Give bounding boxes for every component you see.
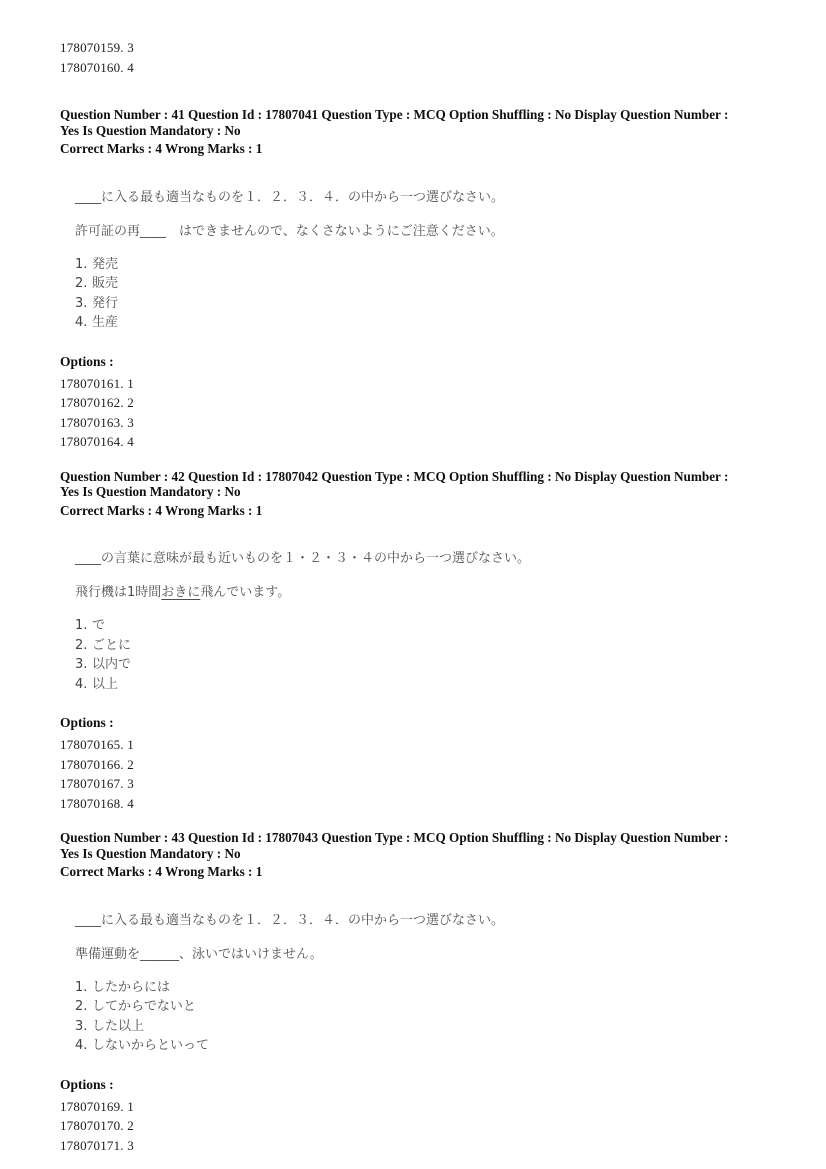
choice-label: した以上 [92, 1019, 144, 1034]
choice-number: 3. [75, 294, 92, 314]
question-block-43: Question Number : 43 Question Id : 17807… [60, 830, 766, 1155]
choice-number: 1. [75, 978, 92, 998]
choice-label: 以上 [92, 677, 118, 692]
choice-item: 1.したからには [75, 978, 766, 998]
choice-item: 2.してからでないと [75, 997, 766, 1017]
option-id-line: 178070164. 4 [60, 432, 766, 452]
sentence-post: はできませんので、なくさないようにご注意ください。 [166, 224, 504, 239]
choice-number: 3. [75, 1017, 92, 1037]
choice-list: 1.発売 2.販売 3.発行 4.生産 [60, 255, 766, 333]
choice-item: 3.発行 [75, 294, 766, 314]
choice-label: してからでないと [92, 999, 196, 1014]
sentence-line: 許可証の再____ はできませんので、なくさないようにご注意ください。 [60, 220, 766, 239]
option-id-line: 178070162. 2 [60, 393, 766, 413]
choice-number: 1. [75, 255, 92, 275]
option-id-line: 178070163. 3 [60, 413, 766, 433]
exam-question-paper-page: 178070159. 3 178070160. 4 Question Numbe… [0, 0, 826, 1169]
choice-label: 以内で [92, 657, 131, 672]
option-id-line: 178070160. 4 [60, 58, 766, 78]
choice-label: ごとに [92, 638, 131, 653]
choice-list: 1.で 2.ごとに 3.以内で 4.以上 [60, 616, 766, 694]
choice-item: 2.販売 [75, 274, 766, 294]
choice-number: 2. [75, 636, 92, 656]
option-id-line: 178070171. 3 [60, 1136, 766, 1156]
choice-item: 3.した以上 [75, 1017, 766, 1037]
question-block-42: Question Number : 42 Question Id : 17807… [60, 469, 766, 814]
sentence-underlined: おきに [161, 585, 200, 600]
question-block-41: Question Number : 41 Question Id : 17807… [60, 107, 766, 452]
choice-label: したからには [92, 980, 170, 995]
sentence-pre: 飛行機は1時間 [75, 585, 161, 600]
choice-list: 1.したからには 2.してからでないと 3.した以上 4.しないからといって [60, 978, 766, 1056]
question-header: Question Number : 41 Question Id : 17807… [60, 107, 750, 138]
choice-label: しないからといって [92, 1038, 209, 1053]
choice-number: 2. [75, 997, 92, 1017]
option-id-line: 178070166. 2 [60, 755, 766, 775]
previous-question-option-ids: 178070159. 3 178070160. 4 [60, 38, 766, 77]
choice-item: 3.以内で [75, 655, 766, 675]
option-id-line: 178070159. 3 [60, 38, 766, 58]
sentence-line: 準備運動を______、泳いではいけません。 [60, 943, 766, 962]
instruction-line: ____に入る最も適当なものを１．２．３．４．の中から一つ選びなさい。 [60, 909, 766, 928]
marks-line: Correct Marks : 4 Wrong Marks : 1 [60, 864, 766, 880]
choice-number: 4. [75, 1036, 92, 1056]
choice-item: 2.ごとに [75, 636, 766, 656]
option-id-line: 178070168. 4 [60, 794, 766, 814]
choice-item: 4.しないからといって [75, 1036, 766, 1056]
marks-line: Correct Marks : 4 Wrong Marks : 1 [60, 141, 766, 157]
choice-label: 販売 [92, 276, 118, 291]
options-heading: Options : [60, 1077, 766, 1093]
instruction-line: ____に入る最も適当なものを１．２．３．４．の中から一つ選びなさい。 [60, 186, 766, 205]
option-id-list: 178070165. 1 178070166. 2 178070167. 3 1… [60, 735, 766, 813]
choice-label: 生産 [92, 315, 118, 330]
option-id-line: 178070169. 1 [60, 1097, 766, 1117]
option-id-list: 178070169. 1 178070170. 2 178070171. 3 [60, 1097, 766, 1156]
option-id-list: 178070161. 1 178070162. 2 178070163. 3 1… [60, 374, 766, 452]
choice-number: 3. [75, 655, 92, 675]
choice-label: 発行 [92, 296, 118, 311]
choice-item: 4.以上 [75, 675, 766, 695]
sentence-post: 、泳いではいけません。 [179, 947, 323, 962]
option-id-line: 178070165. 1 [60, 735, 766, 755]
options-heading: Options : [60, 354, 766, 370]
sentence-line: 飛行機は1時間おきに飛んでいます。 [60, 581, 766, 600]
option-id-line: 178070167. 3 [60, 774, 766, 794]
sentence-pre: 許可証の再____ [75, 224, 166, 239]
choice-number: 1. [75, 616, 92, 636]
question-header: Question Number : 43 Question Id : 17807… [60, 830, 750, 861]
option-id-line: 178070161. 1 [60, 374, 766, 394]
choice-item: 4.生産 [75, 313, 766, 333]
choice-number: 4. [75, 313, 92, 333]
choice-label: で [92, 618, 105, 633]
choice-item: 1.で [75, 616, 766, 636]
option-id-line: 178070170. 2 [60, 1116, 766, 1136]
choice-number: 4. [75, 675, 92, 695]
choice-number: 2. [75, 274, 92, 294]
options-heading: Options : [60, 715, 766, 731]
choice-label: 発売 [92, 257, 118, 272]
question-header: Question Number : 42 Question Id : 17807… [60, 469, 750, 500]
choice-item: 1.発売 [75, 255, 766, 275]
marks-line: Correct Marks : 4 Wrong Marks : 1 [60, 503, 766, 519]
sentence-pre: 準備運動を______ [75, 947, 179, 962]
sentence-post: 飛んでいます。 [200, 585, 290, 600]
instruction-line: ____の言葉に意味が最も近いものを１・２・３・４の中から一つ選びなさい。 [60, 547, 766, 566]
